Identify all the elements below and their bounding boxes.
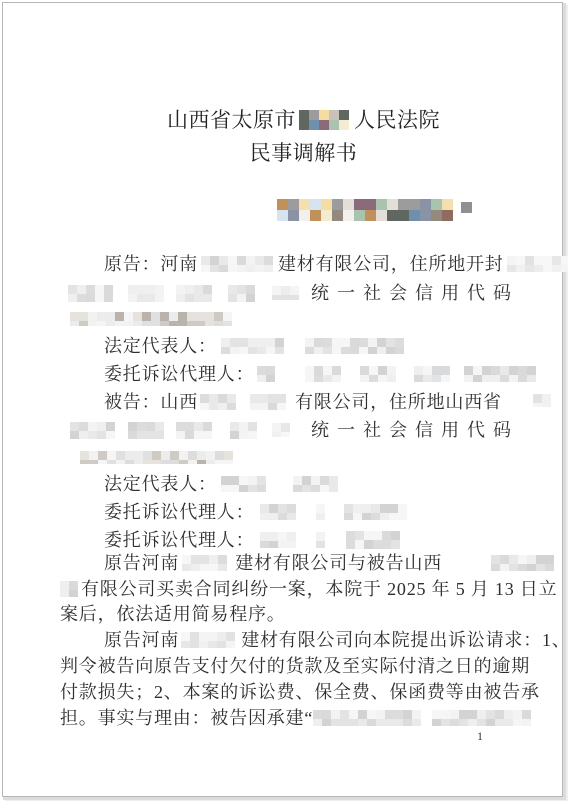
para2-line1: 原告河南 建材有限公司向本院提出诉讼请求：1、 [60, 629, 555, 651]
para1-text: 案后，依法适用简易程序。 [60, 603, 286, 625]
redaction-mosaic [305, 366, 345, 382]
plaintiff-credit-code-value-line [60, 308, 511, 330]
legal-rep-label: 法定代表人： [104, 335, 217, 357]
para2-line4: 担。事实与理由：被告因承建“ [60, 707, 511, 729]
redaction-mosaic [201, 256, 275, 272]
redaction-mosaic [305, 338, 409, 354]
para2-text: 建材有限公司向本院提出诉讼请求：1、 [241, 629, 568, 651]
redaction-mosaic [128, 422, 164, 439]
redaction-mosaic [181, 632, 239, 648]
para1-text: 有限公司买卖合同纠纷一案，本院于 2025 年 5 月 13 日立 [81, 578, 557, 600]
redaction-mosaic [176, 422, 216, 439]
redaction-mosaic [360, 366, 398, 382]
redaction-mosaic [277, 199, 453, 221]
plaintiff-line: 原告：河南 建材有限公司，住所地开封 [60, 253, 555, 275]
redaction-mosaic [68, 285, 118, 302]
para1-line1: 原告河南 建材有限公司与被告山西 [60, 552, 555, 574]
agent-label: 委托诉讼代理人： [104, 363, 254, 385]
redaction-mosaic [260, 504, 296, 520]
para1-line2: 有限公司买卖合同纠纷一案，本院于 2025 年 5 月 13 日立 [60, 578, 511, 600]
plaintiff-agent-line: 委托诉讼代理人： [60, 363, 555, 385]
case-number-line [60, 199, 511, 221]
credit-code-label: 统一社会信用代码 [311, 282, 519, 304]
redaction-mosaic [344, 504, 408, 520]
page-number: 1 [477, 729, 483, 744]
court-title-line: 山西省太原市 人民法院 [24, 105, 568, 135]
redaction-mosaic [230, 422, 260, 439]
redaction-mosaic [80, 451, 234, 464]
redaction-mosaic [250, 394, 292, 410]
agent-label: 委托诉讼代理人： [104, 529, 254, 551]
defendant-lead: 被告：山西 [104, 391, 198, 413]
document-page: 山西省太原市 人民法院 民事调解书 原告：河南 建材有限公司，住所地开封 统一社… [2, 2, 563, 797]
para2-line3: 付款损失；2、本案的诉讼费、保全费、保函费等由被告承 [60, 681, 511, 703]
redaction-mosaic [70, 422, 116, 439]
para1-line3: 案后，依法适用简易程序。 [60, 603, 511, 625]
redaction-mosaic [533, 394, 555, 407]
para2-text: 判令被告向原告支付欠付的货款及至实际付清之日的逾期 [60, 655, 530, 677]
redaction-mosaic [316, 504, 330, 520]
para2-text: 原告河南 [104, 629, 179, 651]
redaction-mosaic [60, 581, 78, 597]
defendant-line: 被告：山西 有限公司，住所地山西省 [60, 391, 555, 413]
court-title-suffix: 人民法院 [354, 105, 440, 135]
defendant-agent-line-1: 委托诉讼代理人： [60, 501, 555, 523]
para2-text: 付款损失；2、本案的诉讼费、保全费、保函费等由被告承 [60, 681, 540, 703]
plaintiff-credit-code-line: 统一社会信用代码 [60, 282, 511, 304]
redaction-mosaic [272, 286, 302, 300]
redaction-mosaic [346, 531, 408, 549]
redaction-mosaic [507, 256, 568, 272]
defendant-agent-line-2: 委托诉讼代理人： [60, 529, 555, 551]
redaction-mosaic [313, 710, 425, 726]
plaintiff-legal-rep-line: 法定代表人： [60, 335, 555, 357]
redaction-mosaic [316, 532, 332, 548]
redaction-mosaic [176, 285, 218, 302]
para2-text: 担。事实与理由：被告因承建“ [60, 707, 313, 729]
agent-label: 委托诉讼代理人： [104, 501, 254, 523]
redaction-mosaic [182, 555, 232, 571]
redaction-mosaic [491, 555, 555, 571]
redaction-mosaic [293, 476, 339, 492]
para2-line2: 判令被告向原告支付欠付的货款及至实际付清之日的逾期 [60, 655, 511, 677]
redaction-mosaic [70, 312, 234, 326]
doc-type-text: 民事调解书 [250, 138, 358, 168]
redaction-mosaic [414, 366, 450, 382]
court-title-prefix: 山西省太原市 [167, 105, 296, 135]
credit-code-label: 统一社会信用代码 [311, 419, 519, 441]
redaction-mosaic [260, 532, 298, 548]
redaction-mosaic [461, 202, 472, 213]
redaction-mosaic [272, 423, 298, 437]
redaction-mosaic [221, 338, 287, 354]
redaction-mosaic [221, 476, 273, 492]
plaintiff-lead: 原告：河南 [104, 253, 198, 275]
redaction-mosaic [257, 366, 283, 382]
para1-text: 建材有限公司与被告山西 [235, 552, 442, 574]
defendant-rest: 有限公司，住所地山西省 [295, 391, 502, 413]
redaction-mosaic [464, 366, 538, 382]
defendant-legal-rep-line: 法定代表人： [60, 473, 555, 495]
doc-type-title: 民事调解书 [24, 138, 568, 168]
redaction-mosaic [128, 285, 166, 302]
defendant-credit-code-value-line [60, 446, 511, 468]
redaction-mosaic [299, 110, 351, 130]
redaction-mosaic [432, 710, 538, 726]
defendant-credit-code-line: 统一社会信用代码 [60, 419, 511, 441]
redaction-mosaic [200, 394, 240, 410]
redaction-mosaic [228, 285, 262, 302]
para1-text: 原告河南 [104, 552, 179, 574]
legal-rep-label: 法定代表人： [104, 473, 217, 495]
plaintiff-rest: 建材有限公司，住所地开封 [278, 253, 504, 275]
